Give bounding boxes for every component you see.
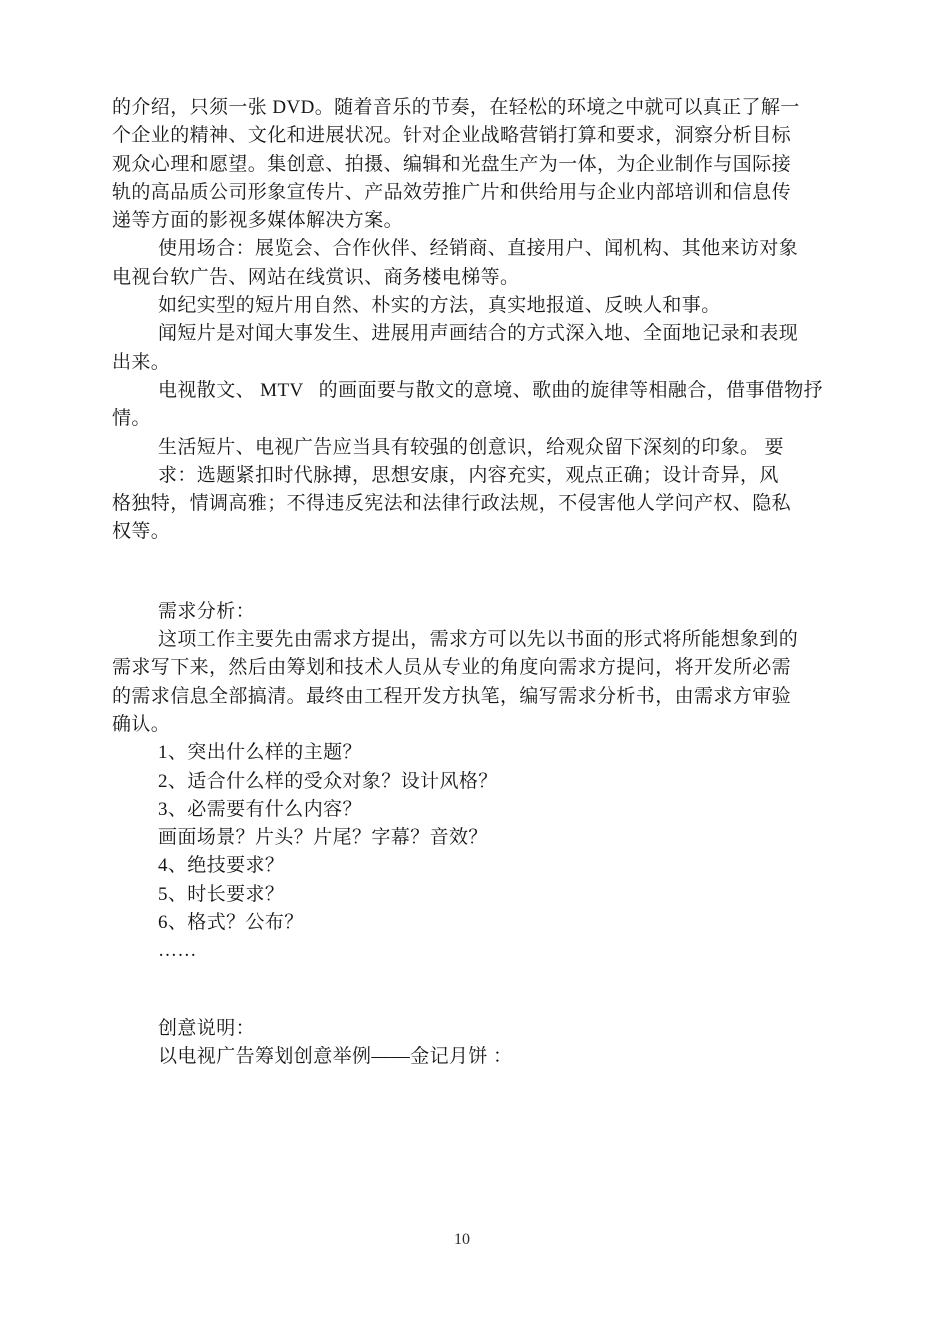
text-line: 电视台软广告、网站在线赏识、商务楼电梯等。 bbox=[112, 264, 792, 292]
text-line: 确认。 bbox=[112, 711, 792, 739]
text-line: 的需求信息全部搞清。最终由工程开发方执笔，编写需求分析书，由需求方审验 bbox=[112, 683, 792, 711]
text-line: 画面场景？片头？片尾？字幕？音效？ bbox=[112, 824, 792, 852]
text-line: 的介绍，只须一张 DVD。随着音乐的节奏，在轻松的环境之中就可以真正了解一 bbox=[112, 94, 792, 122]
text-line: 使用场合：展览会、合作伙伴、经销商、直接用户、闻机构、其他来访对象 bbox=[112, 235, 792, 263]
text-line: 生活短片、电视广告应当具有较强的创意识，给观众留下深刻的印象。 要 bbox=[112, 434, 792, 462]
text-line: 需求写下来，然后由筹划和技术人员从专业的角度向需求方提问，将开发所必需 bbox=[112, 654, 792, 682]
text-line: 以电视广告筹划创意举例——金记月饼 ： bbox=[112, 1043, 792, 1071]
text-line: 出来。 bbox=[112, 349, 792, 377]
text-line: 需求分析： bbox=[112, 598, 792, 626]
text-line: 轨的高品质公司形象宣传片、产品效劳推广片和供给用与企业内部培训和信息传 bbox=[112, 179, 792, 207]
text-line: …… bbox=[112, 937, 792, 965]
text-line: 如纪实型的短片用自然、朴实的方法，真实地报道、反映人和事。 bbox=[112, 292, 792, 320]
text-line: 个企业的精神、文化和进展状况。针对企业战略营销打算和要求，洞察分析目标 bbox=[112, 122, 792, 150]
text-line: 2、适合什么样的受众对象？设计风格？ bbox=[112, 768, 792, 796]
text-line: 权等。 bbox=[112, 518, 792, 546]
text-line: 格独特，情调高雅；不得违反宪法和法律行政法规，不侵害他人学问产权、隐私 bbox=[112, 490, 792, 518]
text-line: 这项工作主要先由需求方提出，需求方可以先以书面的形式将所能想象到的 bbox=[112, 626, 792, 654]
text-line: 观众心理和愿望。集创意、拍摄、编辑和光盘生产为一体，为企业制作与国际接 bbox=[112, 151, 792, 179]
text-line: 求：选题紧扣时代脉搏，思想安康，内容充实，观点正确；设计奇异，风 bbox=[112, 462, 792, 490]
section-requirements-analysis: 需求分析：这项工作主要先由需求方提出，需求方可以先以书面的形式将所能想象到的需求… bbox=[112, 598, 792, 966]
section-creative-note: 创意说明：以电视广告筹划创意举例——金记月饼 ： bbox=[112, 1015, 792, 1072]
section-body-continued: 的介绍，只须一张 DVD。随着音乐的节奏，在轻松的环境之中就可以真正了解一个企业… bbox=[112, 94, 792, 547]
text-line: 4、绝技要求？ bbox=[112, 852, 792, 880]
document-page: 的介绍，只须一张 DVD。随着音乐的节奏，在轻松的环境之中就可以真正了解一个企业… bbox=[0, 0, 950, 1344]
text-line: 6、格式？公布？ bbox=[112, 909, 792, 937]
document-text-block: 的介绍，只须一张 DVD。随着音乐的节奏，在轻松的环境之中就可以真正了解一个企业… bbox=[112, 94, 792, 1071]
text-line: 创意说明： bbox=[112, 1015, 792, 1043]
text-line: 1、突出什么样的主题？ bbox=[112, 739, 792, 767]
text-line: 情。 bbox=[112, 405, 792, 433]
text-line: 闻短片是对闻大事发生、进展用声画结合的方式深入地、全面地记录和表现 bbox=[112, 320, 792, 348]
text-line: 电视散文、 MTV 的画面要与散文的意境、歌曲的旋律等相融合，借事借物抒 bbox=[112, 377, 792, 405]
text-line: 3、必需要有什么内容？ bbox=[112, 796, 792, 824]
text-line: 递等方面的影视多媒体解决方案。 bbox=[112, 207, 792, 235]
text-line: 5、时长要求？ bbox=[112, 881, 792, 909]
page-number: 10 bbox=[0, 1226, 924, 1254]
